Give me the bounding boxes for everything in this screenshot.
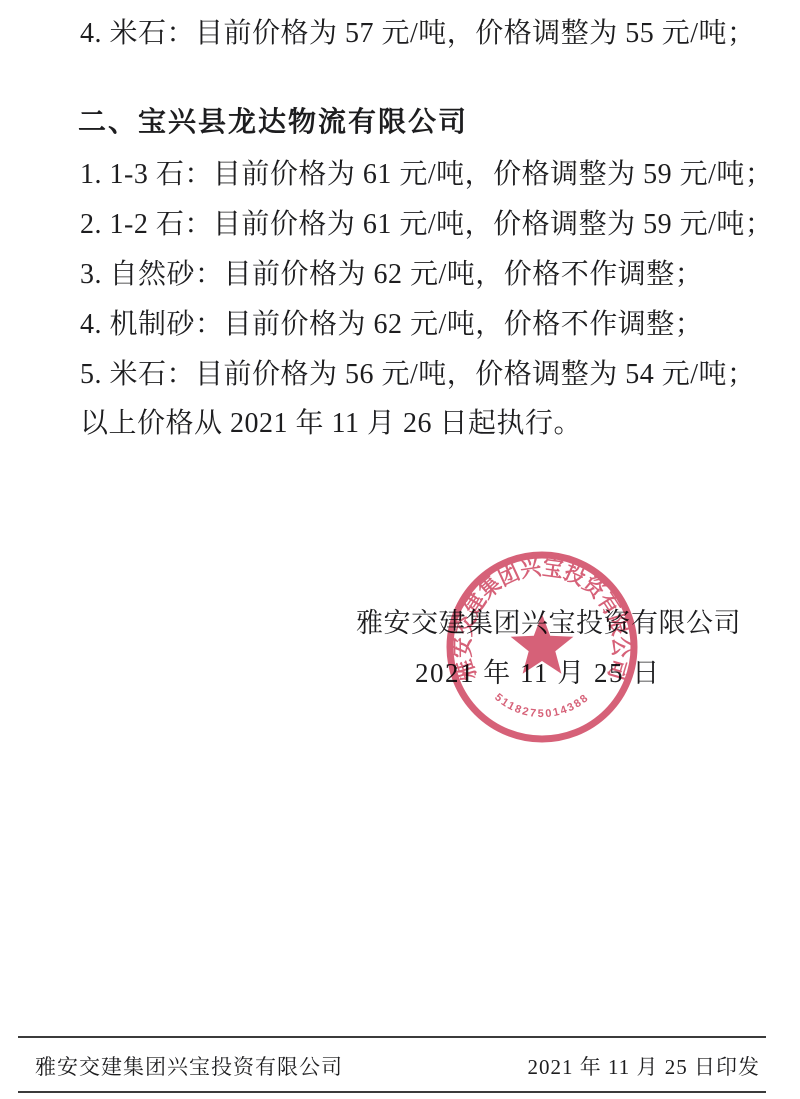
price-item: 2. 1-2 石：目前价格为 61 元/吨，价格调整为 59 元/吨； (80, 202, 773, 242)
footer-issuer: 雅安交建集团兴宝投资有限公司 (35, 1051, 343, 1081)
price-item: 4. 机制砂：目前价格为 62 元/吨，价格不作调整； (80, 302, 703, 342)
price-item: 1. 1-3 石：目前价格为 61 元/吨，价格调整为 59 元/吨； (80, 152, 773, 192)
price-item: 5. 米石：目前价格为 56 元/吨，价格调整为 54 元/吨； (80, 352, 756, 392)
svg-text:5118275014388: 5118275014388 (492, 691, 592, 720)
effective-date-line: 以上价格从 2021 年 11 月 26 日起执行。 (80, 401, 582, 441)
document-page: 4. 米石：目前价格为 57 元/吨，价格调整为 55 元/吨； 二、宝兴县龙达… (0, 0, 800, 1099)
footer-bar: 雅安交建集团兴宝投资有限公司 2021 年 11 月 25 日印发 (18, 1036, 766, 1093)
price-item: 3. 自然砂：目前价格为 62 元/吨，价格不作调整； (80, 252, 703, 292)
section-heading: 二、宝兴县龙达物流有限公司 (78, 100, 468, 140)
price-item-carryover: 4. 米石：目前价格为 57 元/吨，价格调整为 55 元/吨； (80, 11, 756, 51)
seal-serial-number: 5118275014388 (492, 691, 592, 720)
company-seal-icon: 雅安交建集团兴宝投资有限公司 5118275014388 (442, 547, 642, 747)
signature-company: 雅安交建集团兴宝投资有限公司 (356, 601, 741, 640)
signature-date: 2021 年 11 月 25 日 (415, 651, 661, 690)
footer-print-date: 2021 年 11 月 25 日印发 (528, 1051, 760, 1081)
